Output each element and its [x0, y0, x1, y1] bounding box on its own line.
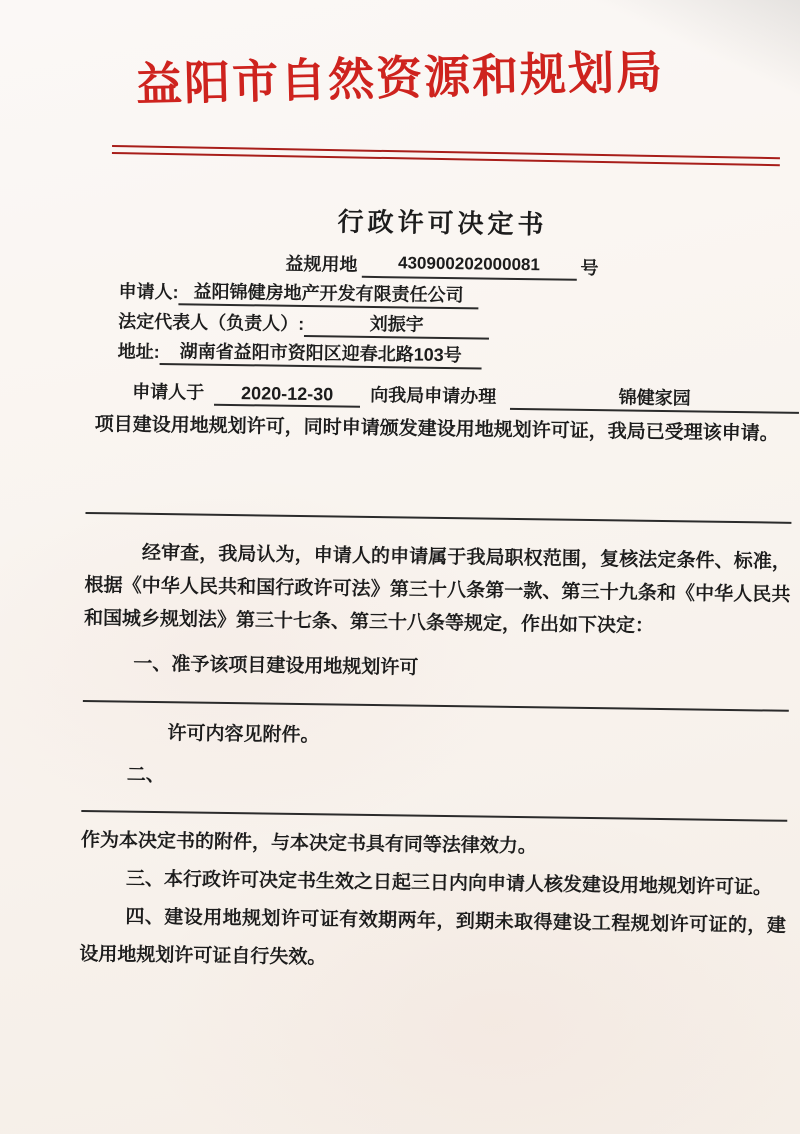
- letterhead-agency-name: 益阳市自然资源和规划局: [0, 32, 800, 118]
- project-name-value: 锦健家园: [510, 382, 799, 414]
- document-body: 行政许可决定书 益规用地 430900202000081 号 申请人: 益阳锦健…: [79, 190, 796, 984]
- applicant-label: 申请人:: [118, 278, 178, 305]
- application-date-value: 2020-12-30: [214, 383, 360, 408]
- separator-line-2: [83, 700, 789, 712]
- letterhead-rule-top: [112, 145, 780, 159]
- application-date-prefix: 申请人于: [132, 379, 204, 406]
- decision-item-four: 四、建设用地规划许可证有效期两年，到期未取得建设工程规划许可证的，建设用地规划许…: [79, 898, 786, 984]
- decision-item-one: 一、准予该项目建设用地规划许可: [83, 647, 789, 690]
- application-date-row: 申请人于 2020-12-30 向我局申请办理 锦健家园: [87, 370, 793, 414]
- legal-representative-value: 刘振宇: [304, 309, 489, 340]
- address-value: 湖南省益阳市资阳区迎春北路103号: [160, 337, 482, 369]
- document-title: 行政许可决定书: [89, 200, 795, 246]
- attachment-note: 许可内容见附件。: [82, 718, 788, 758]
- letterhead-rule-bottom: [112, 152, 780, 166]
- document-number-value: 430900202000081: [361, 250, 576, 281]
- decision-item-two: 二、: [82, 760, 788, 800]
- document-number-suffix: 号: [580, 255, 598, 281]
- review-paragraph: 经审查，我局认为，申请人的申请属于我局职权范围，复核法定条件、标准，根据《中华人…: [84, 536, 791, 645]
- scanned-permit-document: { "document": { "agency": "益阳市自然资源和规划局",…: [0, 0, 800, 1134]
- letterhead-double-rule: [112, 145, 780, 166]
- legal-representative-label: 法定代表人（负责人）:: [118, 308, 304, 337]
- applicant-value: 益阳锦健房地产开发有限责任公司: [178, 277, 478, 309]
- application-middle-text: 向我局申请办理: [370, 382, 496, 410]
- intro-continuation-paragraph: 项目建设用地规划许可，同时申请颁发建设用地规划许可证，我局已受理该申请。: [87, 410, 793, 450]
- address-label: 地址:: [118, 338, 160, 365]
- separator-line-1: [85, 512, 791, 524]
- separator-line-3: [81, 810, 787, 822]
- document-number-prefix: 益规用地: [285, 251, 357, 278]
